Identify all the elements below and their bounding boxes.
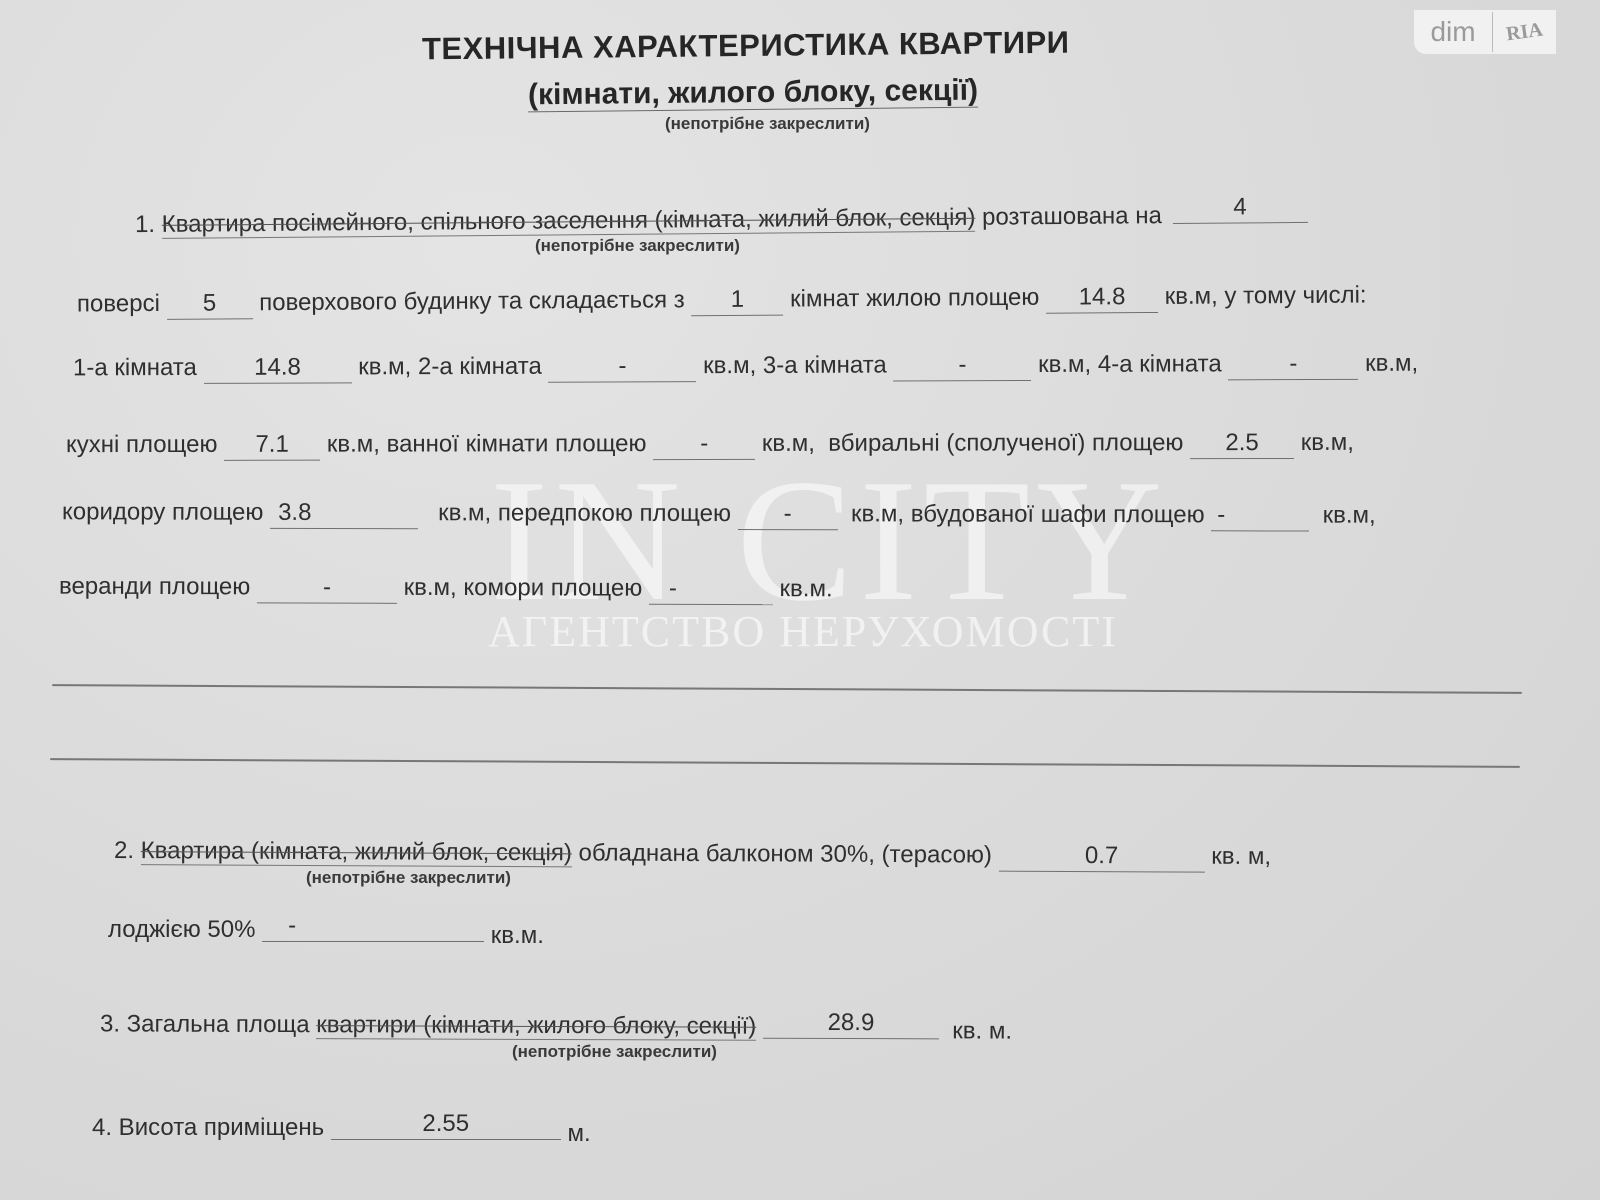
veranda-unit: кв.м, — [404, 574, 457, 601]
room3-unit: кв.м, — [1038, 351, 1091, 378]
room4-value: - — [1228, 351, 1358, 380]
floor-value: 4 — [1172, 194, 1307, 224]
section3-label: 3. Загальна площа — [100, 1010, 316, 1038]
storage-label: комори площею — [463, 574, 642, 602]
toilet-value: 2.5 — [1190, 430, 1294, 459]
corridor-value: 3.8 — [270, 500, 418, 529]
kitchen-unit: кв.м, — [327, 431, 380, 458]
section2-balcony-label: обладнана балконом 30%, (терасою) — [572, 839, 992, 868]
section2-note: (непотрібне закреслити) — [306, 868, 511, 888]
rooms-line: 1-а кімната 14.8 кв.м, 2-а кімната - кв.… — [73, 350, 1418, 385]
storage-unit: кв.м. — [780, 575, 833, 602]
document-subtitle: (кімнати, жилого блоку, секції) — [528, 74, 978, 113]
section4-line: 4. Висота приміщень 2.55 м. — [92, 1114, 591, 1144]
label-including: кв.м, у тому числі: — [1165, 281, 1367, 309]
total-area-unit: кв. м. — [952, 1017, 1012, 1044]
loggia-line: лоджією 50% - кв.м. — [108, 916, 544, 946]
room2-unit: кв.м, — [703, 352, 756, 379]
document-title: ТЕХНІЧНА ХАРАКТЕРИСТИКА КВАРТИРИ — [422, 25, 1070, 68]
toilet-label: вбиральні (сполученої) площею — [828, 429, 1183, 457]
section2-apartment-type: Квартира (кімната, жилий блок, секція) — [141, 837, 572, 867]
corridor-line: коридору площею 3.8 кв.м, передпокою пло… — [62, 498, 1376, 531]
section3-apartment-type: квартири (кімнати, жилого блоку, секції) — [316, 1011, 756, 1041]
room3-value: - — [893, 352, 1031, 381]
section3-note: (непотрібне закреслити) — [512, 1042, 717, 1062]
room1-label: 1-а кімната — [73, 354, 197, 381]
loggia-label: лоджією 50% — [108, 916, 255, 943]
hall-unit: кв.м, — [851, 500, 904, 527]
section2-number: 2. — [114, 837, 141, 864]
closet-unit: кв.м, — [1323, 502, 1376, 529]
veranda-line: веранди площею - кв.м, комори площею - к… — [59, 573, 833, 606]
ceiling-height-value: 2.55 — [331, 1111, 561, 1140]
subtitle-text: (кімнати, жилого блоку, секції) — [528, 74, 978, 113]
room1-value: 14.8 — [203, 354, 351, 384]
balcony-unit: кв. м, — [1211, 843, 1271, 870]
kitchen-line: кухні площею 7.1 кв.м, ванної кімнати пл… — [66, 429, 1354, 461]
closet-value: - — [1211, 502, 1309, 531]
room2-value: - — [548, 353, 696, 383]
storage-value: - — [649, 576, 773, 605]
veranda-value: - — [257, 574, 397, 603]
room3-label: 3-а кімната — [763, 352, 887, 379]
section1-note: (непотрібне закреслити) — [535, 236, 740, 256]
ceiling-height-label: 4. Висота приміщень — [92, 1114, 324, 1141]
room1-unit: кв.м, — [358, 353, 411, 380]
hall-value: - — [738, 501, 838, 530]
total-area-value: 28.9 — [763, 1010, 939, 1040]
dim-ria-badge: dim RIA — [1414, 10, 1556, 54]
ria-logo-icon: RIA — [1492, 16, 1558, 48]
kitchen-label: кухні площею — [66, 431, 218, 458]
header-note: (непотрібне закреслити) — [665, 114, 870, 134]
closet-label: вбудованої шафи площею — [911, 501, 1205, 529]
room4-label: 4-а кімната — [1098, 350, 1222, 377]
section1-number: 1. — [135, 211, 162, 238]
section3-line: 3. Загальна площа квартири (кімнати, жил… — [100, 1010, 1012, 1043]
room4-unit: кв.м, — [1365, 350, 1418, 377]
section1-apartment-type: Квартира посімейного, спільного заселенн… — [162, 204, 976, 239]
section1-located-on: розташована на — [975, 202, 1162, 231]
ceiling-height-unit: м. — [567, 1120, 590, 1147]
toilet-unit: кв.м, — [1301, 429, 1354, 456]
label-building: поверхового будинку та складається з — [259, 286, 685, 316]
kitchen-value: 7.1 — [224, 432, 320, 461]
hall-label: передпокою площею — [498, 499, 731, 527]
bathroom-unit: кв.м, — [762, 430, 815, 457]
rooms-count-value: 1 — [691, 287, 783, 317]
section2-line: 2. Квартира (кімната, жилий блок, секція… — [114, 837, 1271, 873]
loggia-value: - — [262, 913, 484, 942]
label-floor: поверсі — [77, 290, 160, 318]
floors-total-value: 5 — [166, 290, 252, 320]
corridor-unit: кв.м, — [438, 499, 491, 526]
bathroom-value: - — [653, 431, 755, 460]
watermark-tagline: АГЕНТСТВО НЕРУХОМОСТІ — [488, 606, 1118, 657]
room2-label: 2-а кімната — [418, 353, 542, 380]
living-area-value: 14.8 — [1046, 284, 1158, 314]
label-living-area: кімнат жилою площею — [790, 284, 1039, 313]
corridor-label: коридору площею — [62, 498, 263, 526]
badge-dim-text: dim — [1414, 12, 1493, 52]
loggia-unit: кв.м. — [491, 922, 544, 949]
veranda-label: веранди площею — [59, 573, 250, 601]
balcony-value: 0.7 — [999, 843, 1205, 873]
bathroom-label: ванної кімнати площею — [387, 430, 647, 457]
